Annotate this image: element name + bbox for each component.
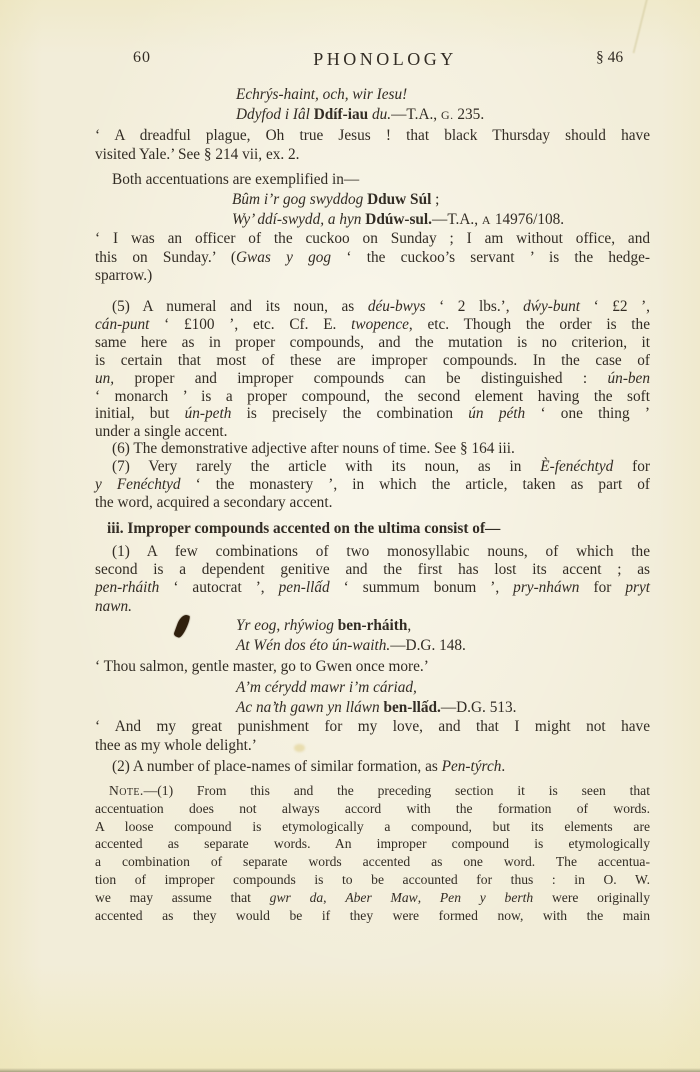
paragraph-iii-1-line-1: (1) A few combinations of two monosyllab… <box>95 543 650 561</box>
note-paragraph-line-7: we may assume that gwr da, Aber Maw, Pen… <box>95 889 650 907</box>
verse-quote-3-line-2: At Wén dos éto ún-waith.—D.G. 148. <box>236 636 466 656</box>
text-segment: Both accentuations are exemplified in— <box>112 171 359 188</box>
text-segment: (6) The demonstrative adjective after no… <box>112 440 515 457</box>
text-segment: , <box>407 617 411 634</box>
note-paragraph-line-4: accented as separate words. An improper … <box>95 835 650 853</box>
text-segment: A <box>482 213 491 227</box>
text-segment: the word, acquired a secondary accent. <box>95 494 332 511</box>
text-segment: y Fenéchtyd <box>95 476 181 493</box>
translation-1-line-1: ‘ A dreadful plague, Oh true Jesus ! tha… <box>95 126 650 145</box>
paragraph-5-line-8: under a single accent. <box>95 423 650 441</box>
text-segment: Ddúw-sul. <box>365 211 432 228</box>
paragraph-5-line-5: un, proper and improper compounds can be… <box>95 370 650 388</box>
text-segment: Ddyfod i Iâl <box>236 106 314 123</box>
paragraph-iii-2: (2) A number of place-names of similar f… <box>95 758 650 776</box>
text-segment: pen-rháith <box>95 579 159 596</box>
text-segment: ‘ And my great punishment for my love, a… <box>95 718 650 735</box>
text-segment: proper and improper compounds can be dis… <box>114 370 607 387</box>
text-segment: accented as they would be if they were f… <box>95 908 650 923</box>
text-segment: ‘ one thing ’ <box>525 405 650 422</box>
section-heading-iii-line-1: iii. Improper compounds accented on the … <box>95 519 650 538</box>
text-segment: under a single accent. <box>95 423 228 440</box>
text-segment: —D.G. 513. <box>441 699 517 716</box>
text-segment: , etc. Though the order is the <box>409 316 650 333</box>
page-text: Echrýs-haint, och, wir Iesu!Ddyfod i Iâl… <box>0 0 700 1072</box>
verse-quote-4-line-1: A’m cérydd mawr i’m cáriad, <box>236 678 516 698</box>
text-segment: ‘ Thou salmon, gentle master, go to Gwen… <box>95 658 429 675</box>
translation-1: ‘ A dreadful plague, Oh true Jesus ! tha… <box>95 126 650 164</box>
text-segment: È-fenéchtyd <box>540 458 613 475</box>
paragraph-7-line-3: the word, acquired a secondary accent. <box>95 494 650 512</box>
text-segment: were originally <box>533 890 650 905</box>
text-segment: Dduw Súl <box>367 191 431 208</box>
translation-3: ‘ Thou salmon, gentle master, go to Gwen… <box>95 657 650 676</box>
paragraph-iii-1: (1) A few combinations of two monosyllab… <box>95 543 650 616</box>
text-segment: Aber Maw <box>345 890 417 905</box>
text-segment: cán-punt <box>95 316 149 333</box>
text-segment: dẃy-bunt <box>523 298 580 315</box>
translation-2-line-2: this on Sunday.’ (Gwas y gog ‘ the cucko… <box>95 249 650 268</box>
text-segment: ún-ben <box>608 370 650 387</box>
text-segment: sparrow.) <box>95 267 152 284</box>
text-segment: Yr eog, rhýwiog <box>236 617 338 634</box>
translation-2-line-3: sparrow.) <box>95 267 650 286</box>
note-paragraph-line-2: accentuation does not always accord with… <box>95 800 650 818</box>
paragraph-5-line-1: (5) A numeral and its noun, as déu-bwys … <box>95 298 650 316</box>
text-segment: a combination of separate words accented… <box>95 854 650 869</box>
section-heading-iii: iii. Improper compounds accented on the … <box>95 519 650 538</box>
paragraph-7-line-1: (7) Very rarely the article with its nou… <box>95 458 650 476</box>
text-segment: ‘ the monastery ’, in which the article,… <box>181 476 650 493</box>
text-segment: —(1) From this and the preceding section… <box>144 783 650 798</box>
text-segment: 14976/108. <box>491 211 564 228</box>
paragraph-5-line-4: is certain that most of these are improp… <box>95 352 650 370</box>
verse-quote-4-line-2: Ac na’th gawn yn lláwn ben-llấd.—D.G. 51… <box>236 698 516 718</box>
note-paragraph-line-3: A loose compound is etymologically a com… <box>95 818 650 836</box>
text-segment: ún-peth <box>185 405 232 422</box>
text-segment: Ddíf-iau <box>314 106 368 123</box>
text-segment: ‘ I was an officer of the cuckoo on Sund… <box>95 230 650 247</box>
paragraph-5-line-2: cán-punt ‘ £100 ’, etc. Cf. E. twopence,… <box>95 316 650 334</box>
text-segment: twopence <box>351 316 409 333</box>
text-segment: for <box>579 579 625 596</box>
text-segment: (5) A numeral and its noun, as <box>112 298 368 315</box>
text-segment: 235. <box>454 106 485 123</box>
text-segment: Gwas y gog <box>236 249 331 266</box>
verse-quote-2-line-2: Wy’ ddí-swydd, a hyn Ddúw-sul.—T.A., A 1… <box>232 210 564 231</box>
verse-quote-1-line-1: Echrýs-haint, och, wir Iesu! <box>236 85 484 105</box>
translation-4-line-1: ‘ And my great punishment for my love, a… <box>95 718 650 737</box>
paper-stain <box>294 744 305 752</box>
text-segment: At Wén dos éto ún-waith. <box>236 637 390 654</box>
text-segment: Pen y berth <box>440 890 533 905</box>
text-segment: Pen-týrch <box>442 758 502 775</box>
paragraph-5-line-6: ‘ monarch ’ is a proper compound, the se… <box>95 388 650 406</box>
text-segment: ‘ autocrat ’, <box>159 579 278 596</box>
text-segment: , <box>323 890 345 905</box>
verse-quote-3: Yr eog, rhýwiog ben-rháith,At Wén dos ét… <box>236 616 466 655</box>
translation-2-line-1: ‘ I was an officer of the cuckoo on Sund… <box>95 230 650 249</box>
text-segment: ‘ the cuckoo’s servant ’ is the hedge- <box>331 249 650 266</box>
text-segment: tion of improper compounds is to be acco… <box>95 872 650 887</box>
verse-quote-1: Echrýs-haint, och, wir Iesu!Ddyfod i Iâl… <box>236 85 484 125</box>
text-segment: ‘ summum bonum ’, <box>330 579 514 596</box>
translation-3-line-1: ‘ Thou salmon, gentle master, go to Gwen… <box>95 657 650 676</box>
text-segment: second is a dependent genitive and the f… <box>95 561 650 578</box>
text-segment: ben-rháith <box>338 617 408 634</box>
note-paragraph-line-8: accented as they would be if they were f… <box>95 907 650 925</box>
translation-4: ‘ And my great punishment for my love, a… <box>95 718 650 756</box>
text-segment: gwr da <box>270 890 324 905</box>
text-segment: thee as my whole delight.’ <box>95 737 257 754</box>
text-segment: initial, but <box>95 405 185 422</box>
note-paragraph: Note.—(1) From this and the preceding se… <box>95 782 650 924</box>
text-segment: un, <box>95 370 114 387</box>
paragraph-5: (5) A numeral and its noun, as déu-bwys … <box>95 298 650 441</box>
verse-quote-3-line-1: Yr eog, rhýwiog ben-rháith, <box>236 616 466 636</box>
page-bottom-edge <box>0 1068 700 1072</box>
text-segment: ‘ A dreadful plague, Oh true Jesus ! tha… <box>95 127 650 144</box>
text-segment: is precisely the combination <box>231 405 468 422</box>
translation-4-line-2: thee as my whole delight.’ <box>95 737 650 756</box>
text-segment: , <box>418 890 440 905</box>
text-segment: accentuation does not always accord with… <box>95 801 650 816</box>
scanned-book-page: 60 PHONOLOGY § 46 Echrýs-haint, och, wir… <box>0 0 700 1072</box>
text-segment: ún péth <box>468 405 525 422</box>
text-segment: visited Yale.’ See § 214 vii, ex. 2. <box>95 146 300 163</box>
text-segment: ; <box>431 191 439 208</box>
note-paragraph-line-1: Note.—(1) From this and the preceding se… <box>95 782 650 800</box>
text-segment: Bûm i’r gog swyddog <box>232 191 367 208</box>
note-paragraph-line-5: a combination of separate words accented… <box>95 853 650 871</box>
text-segment: ‘ monarch ’ is a proper compound, the se… <box>95 388 650 405</box>
text-segment: we may assume that <box>95 890 270 905</box>
paragraph-5-line-7: initial, but ún-peth is precisely the co… <box>95 405 650 423</box>
text-segment: Ac na’th gawn yn lláwn <box>236 699 383 716</box>
paragraph-iii-1-line-3: pen-rháith ‘ autocrat ’, pen-llấd ‘ summ… <box>95 579 650 597</box>
text-segment: pryt <box>625 579 650 596</box>
text-segment: pen-llấd <box>279 579 330 596</box>
intro-sentence-line-1: Both accentuations are exemplified in— <box>95 170 650 189</box>
verse-quote-2: Bûm i’r gog swyddog Dduw Súl ;Wy’ ddí-sw… <box>232 190 564 230</box>
text-segment: A loose compound is etymologically a com… <box>95 819 650 834</box>
text-segment: iii. Improper compounds accented on the … <box>107 520 500 537</box>
text-segment: A’m cérydd mawr i’m cáriad, <box>236 679 417 696</box>
paragraph-7-line-2: y Fenéchtyd ‘ the monastery ’, in which … <box>95 476 650 494</box>
translation-1-line-2: visited Yale.’ See § 214 vii, ex. 2. <box>95 145 650 164</box>
verse-quote-4: A’m cérydd mawr i’m cáriad,Ac na’th gawn… <box>236 678 516 717</box>
paragraph-6-line-1: (6) The demonstrative adjective after no… <box>95 440 650 458</box>
text-segment: is certain that most of these are improp… <box>95 352 650 369</box>
text-segment: —T.A., <box>432 211 482 228</box>
paragraph-iii-1-line-2: second is a dependent genitive and the f… <box>95 561 650 579</box>
paragraph-6: (6) The demonstrative adjective after no… <box>95 440 650 458</box>
text-segment: ben-llấd. <box>383 699 440 716</box>
text-segment: déu-bwys <box>368 298 426 315</box>
text-segment: (1) A few combinations of two monosyllab… <box>112 543 650 560</box>
text-segment: pry-nháwn <box>513 579 579 596</box>
text-segment: G. <box>441 108 454 122</box>
text-segment: Echrýs-haint, och, wir Iesu! <box>236 86 407 103</box>
text-segment: —D.G. 148. <box>390 637 466 654</box>
text-segment: ‘ £2 ’, <box>580 298 650 315</box>
text-segment: accented as separate words. An improper … <box>95 836 650 851</box>
intro-sentence: Both accentuations are exemplified in— <box>95 170 650 189</box>
text-segment: Wy’ ddí-swydd, a hyn <box>232 211 365 228</box>
paragraph-5-line-3: same here as in proper compounds, and th… <box>95 334 650 352</box>
text-segment: (7) Very rarely the article with its nou… <box>112 458 540 475</box>
text-segment: Note. <box>109 783 144 798</box>
translation-2: ‘ I was an officer of the cuckoo on Sund… <box>95 230 650 286</box>
verse-quote-1-line-2: Ddyfod i Iâl Ddíf-iau du.—T.A., G. 235. <box>236 105 484 126</box>
note-paragraph-line-6: tion of improper compounds is to be acco… <box>95 871 650 889</box>
verse-quote-2-line-1: Bûm i’r gog swyddog Dduw Súl ; <box>232 190 564 210</box>
paragraph-iii-1-line-4: nawn. <box>95 598 650 616</box>
paragraph-7: (7) Very rarely the article with its nou… <box>95 458 650 513</box>
text-segment: du. <box>368 106 391 123</box>
text-segment: (2) A number of place-names of similar f… <box>112 758 442 775</box>
text-segment: this on Sunday.’ ( <box>95 249 236 266</box>
text-segment: —T.A., <box>391 106 441 123</box>
paragraph-iii-2-line-1: (2) A number of place-names of similar f… <box>95 758 650 776</box>
text-segment: nawn. <box>95 598 132 615</box>
text-segment: ‘ £100 ’, etc. Cf. E. <box>149 316 351 333</box>
text-segment: same here as in proper compounds, and th… <box>95 334 650 351</box>
text-segment: ‘ 2 lbs.’, <box>426 298 524 315</box>
text-segment: . <box>501 758 505 775</box>
text-segment: for <box>613 458 650 475</box>
